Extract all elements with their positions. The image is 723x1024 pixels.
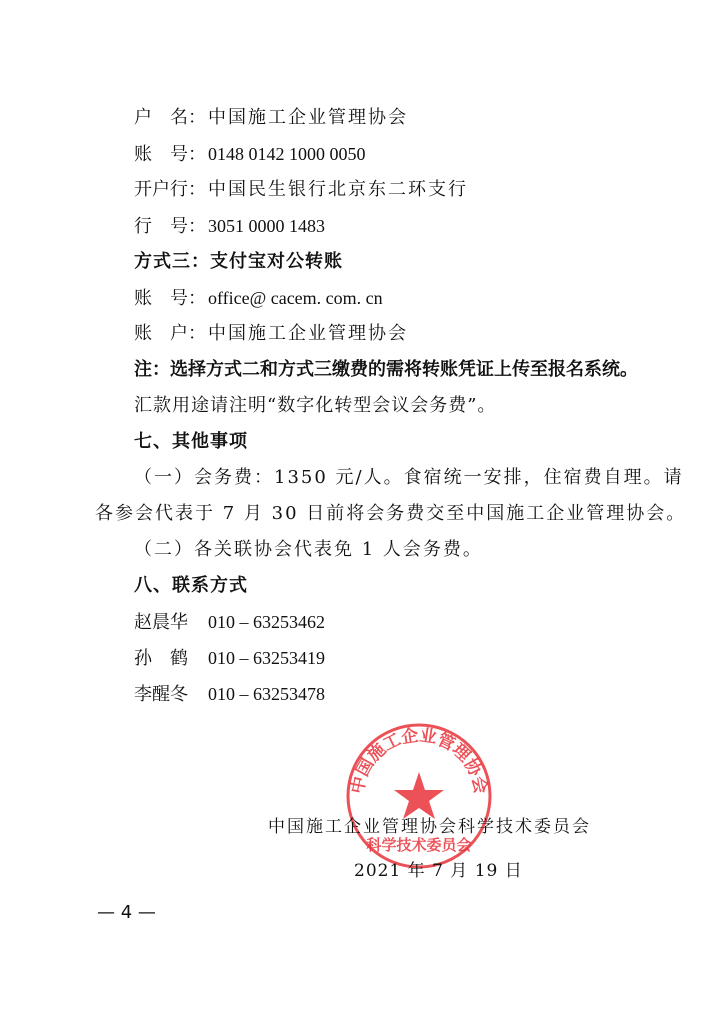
- section-7-heading: 七、其他事项: [134, 430, 248, 454]
- contact-phone: 010 – 63253462: [208, 612, 325, 632]
- alipay-holder-label: 账 户：: [134, 322, 208, 346]
- signing-date: 2021 年 7 月 19 日: [354, 856, 523, 881]
- alipay-holder-row: 账 户：中国施工企业管理协会: [134, 322, 408, 346]
- contact-row: 孙 鹤010 – 63253419: [134, 646, 325, 671]
- contact-phone: 010 – 63253419: [208, 648, 325, 668]
- signing-organization: 中国施工企业管理协会科学技术委员会: [268, 812, 591, 837]
- bank-code-label: 行 号：: [134, 215, 208, 239]
- contact-name: 李醒冬: [134, 683, 208, 707]
- section-7-item-1-line-2: 各参会代表于 7 月 30 日前将会务费交至中国施工企业管理协会。: [95, 502, 686, 526]
- account-number-label: 账 号：: [134, 143, 208, 167]
- alipay-holder-value: 中国施工企业管理协会: [208, 323, 408, 344]
- alipay-account-value: office@ cacem. com. cn: [208, 288, 383, 308]
- upload-note: 注：选择方式二和方式三缴费的需将转账凭证上传至报名系统。: [134, 358, 638, 382]
- account-name-value: 中国施工企业管理协会: [208, 107, 408, 128]
- remit-note: 汇款用途请注明“数字化转型会议会务费”。: [134, 394, 496, 418]
- bank-value: 中国民生银行北京东二环支行: [208, 179, 468, 200]
- account-number-value: 0148 0142 1000 0050: [208, 144, 366, 164]
- account-name-row: 户 名：中国施工企业管理协会: [134, 106, 408, 130]
- contact-name: 孙 鹤: [134, 647, 208, 671]
- contact-row: 李醒冬010 – 63253478: [134, 682, 325, 707]
- section-7-item-1-line-1: （一）会务费：1350 元/人。食宿统一安排，住宿费自理。请: [134, 466, 684, 490]
- page-number: — 4 —: [97, 902, 156, 923]
- official-seal-icon: 中国施工企业管理协会 科学技术委员会: [345, 722, 493, 870]
- bank-row: 开户行：中国民生银行北京东二环支行: [134, 178, 468, 202]
- svg-text:科学技术委员会: 科学技术委员会: [365, 836, 471, 854]
- contact-name: 赵晨华: [134, 611, 208, 635]
- alipay-heading: 方式三：支付宝对公转账: [134, 250, 343, 274]
- section-8-heading: 八、联系方式: [134, 574, 248, 598]
- account-name-label: 户 名：: [134, 106, 208, 130]
- bank-code-row: 行 号：3051 0000 1483: [134, 214, 325, 239]
- bank-label: 开户行：: [134, 178, 208, 202]
- alipay-account-label: 账 号：: [134, 287, 208, 311]
- account-number-row: 账 号：0148 0142 1000 0050: [134, 142, 366, 167]
- section-7-item-2: （二）各关联协会代表免 1 人会务费。: [134, 538, 483, 562]
- bank-code-value: 3051 0000 1483: [208, 216, 325, 236]
- contact-phone: 010 – 63253478: [208, 684, 325, 704]
- contact-row: 赵晨华010 – 63253462: [134, 610, 325, 635]
- alipay-account-row: 账 号：office@ cacem. com. cn: [134, 286, 383, 311]
